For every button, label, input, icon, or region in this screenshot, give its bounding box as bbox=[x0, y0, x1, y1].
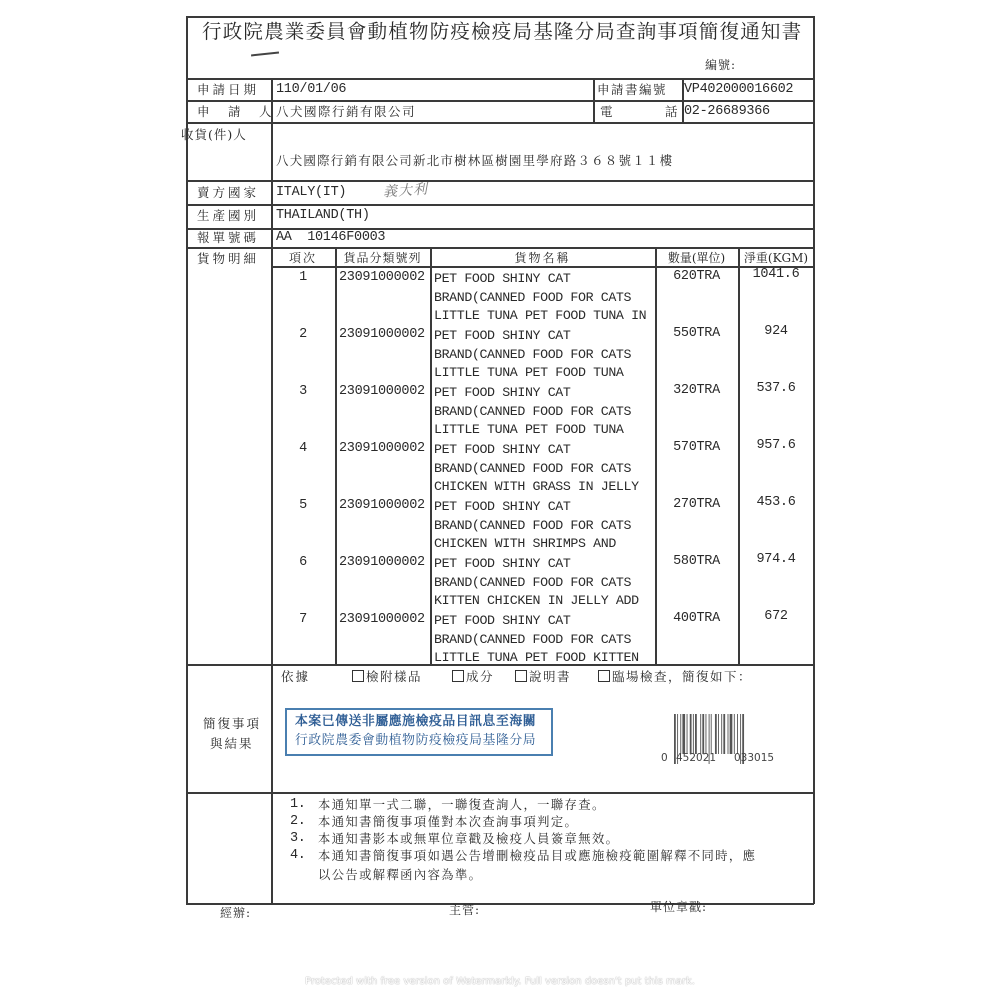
goods-col-qty: 數量(單位) bbox=[655, 250, 738, 266]
goods-name-line: PET FOOD SHINY CAT bbox=[434, 327, 570, 346]
receiver-value: 八犬國際行銷有限公司新北市樹林區樹園里學府路３６８號１１樓 bbox=[276, 153, 673, 169]
goods-col-name: 貨物名稱 bbox=[430, 250, 655, 266]
seller-country-label: 賣方國家 bbox=[197, 185, 259, 201]
goods-item-number: 5 bbox=[271, 498, 335, 514]
phone-label-right: 話 bbox=[665, 104, 678, 120]
goods-quantity: 320TRA bbox=[655, 383, 738, 399]
goods-net-weight: 672 bbox=[738, 609, 814, 625]
applicant-value: 八犬國際行銷有限公司 bbox=[276, 104, 416, 120]
goods-name-line: LITTLE TUNA PET FOOD TUNA IN bbox=[434, 307, 646, 326]
supervisor-label: 主管: bbox=[449, 902, 480, 918]
goods-quantity: 400TRA bbox=[655, 611, 738, 627]
result-label-line2: 與結果 bbox=[210, 736, 254, 752]
frame-bottom-border bbox=[186, 903, 814, 905]
checkbox-icon bbox=[452, 670, 464, 682]
checkbox-icon bbox=[352, 670, 364, 682]
row-divider bbox=[186, 78, 814, 80]
phone-label-left: 電 bbox=[600, 104, 613, 120]
applicant-label: 申 請 人 bbox=[197, 104, 275, 120]
goods-item-number: 7 bbox=[271, 612, 335, 628]
row-divider bbox=[186, 204, 814, 206]
seller-country-value: ITALY(IT) bbox=[276, 185, 346, 201]
goods-net-weight: 453.6 bbox=[738, 495, 814, 511]
goods-name-line: KITTEN CHICKEN IN JELLY ADD bbox=[434, 592, 639, 611]
goods-item-number: 3 bbox=[271, 384, 335, 400]
pen-mark bbox=[251, 52, 279, 56]
goods-name-line: PET FOOD SHINY CAT bbox=[434, 441, 570, 460]
goods-hs-code: 23091000002 bbox=[339, 384, 425, 400]
frame-right-border bbox=[813, 16, 815, 904]
goods-column-divider bbox=[335, 247, 337, 664]
goods-name-line: PET FOOD SHINY CAT bbox=[434, 498, 570, 517]
goods-net-weight: 537.6 bbox=[738, 381, 814, 397]
official-stamp: 本案已傳送非屬應施檢疫品目訊息至海關 行政院農委會動植物防疫檢疫局基隆分局 bbox=[285, 708, 553, 756]
goods-name-line: BRAND(CANNED FOOD FOR CATS bbox=[434, 289, 631, 308]
note-number: 1. bbox=[290, 797, 306, 813]
unit-stamp-label: 單位章戳: bbox=[650, 899, 707, 915]
goods-net-weight: 974.4 bbox=[738, 552, 814, 568]
goods-name-line: BRAND(CANNED FOOD FOR CATS bbox=[434, 403, 631, 422]
goods-name-line: BRAND(CANNED FOOD FOR CATS bbox=[434, 460, 631, 479]
goods-net-weight: 1041.6 bbox=[738, 267, 814, 283]
goods-net-weight: 957.6 bbox=[738, 438, 814, 454]
phone-value: 02-26689366 bbox=[684, 104, 770, 120]
goods-hs-code: 23091000002 bbox=[339, 441, 425, 457]
goods-hs-code: 23091000002 bbox=[339, 270, 425, 286]
handwritten-note: 義大利 bbox=[382, 178, 428, 201]
checkbox-label: 檢附樣品 bbox=[366, 669, 422, 684]
barcode-digits-left: 452021 bbox=[676, 752, 716, 764]
row-divider bbox=[186, 247, 814, 249]
goods-name-line: PET FOOD SHINY CAT bbox=[434, 384, 570, 403]
stamp-line2: 行政院農委會動植物防疫檢疫局基隆分局 bbox=[295, 731, 543, 750]
checkbox-sample[interactable]: 檢附樣品 bbox=[352, 669, 422, 685]
note-text: 本通知書簡復事項僅對本次查詢事項判定。 bbox=[318, 814, 578, 830]
checkbox-label: 臨場檢查，簡復如下： bbox=[612, 669, 752, 684]
basis-label: 依據 bbox=[281, 669, 310, 685]
barcode-digits-right: 033015 bbox=[734, 752, 774, 764]
apply-date-value: 110/01/06 bbox=[276, 82, 346, 98]
goods-hs-code: 23091000002 bbox=[339, 555, 425, 571]
goods-name-line: BRAND(CANNED FOOD FOR CATS bbox=[434, 574, 631, 593]
origin-country-label: 生產國別 bbox=[197, 208, 259, 224]
declaration-no-value: AA 10146F0003 bbox=[276, 230, 385, 246]
checkbox-icon bbox=[515, 670, 527, 682]
watermark-text: Protected with free version of Watermark… bbox=[0, 976, 1000, 987]
checkbox-icon bbox=[598, 670, 610, 682]
goods-column-divider bbox=[430, 247, 432, 664]
goods-name-line: PET FOOD SHINY CAT bbox=[434, 555, 570, 574]
row-divider bbox=[186, 100, 814, 102]
receiver-label: 收貨(件)人 bbox=[181, 127, 247, 143]
goods-name-line: BRAND(CANNED FOOD FOR CATS bbox=[434, 517, 631, 536]
goods-item-number: 4 bbox=[271, 441, 335, 457]
goods-item-number: 2 bbox=[271, 327, 335, 343]
note-text: 本通知書簡復事項如遇公告增刪檢疫品目或應施檢疫範圍解釋不同時，應 bbox=[318, 848, 756, 864]
checkbox-label: 說明書 bbox=[529, 669, 571, 684]
goods-net-weight: 924 bbox=[738, 324, 814, 340]
row-divider bbox=[186, 122, 814, 124]
goods-name-line: LITTLE TUNA PET FOOD TUNA bbox=[434, 421, 624, 440]
goods-header-divider bbox=[271, 266, 814, 268]
goods-hs-code: 23091000002 bbox=[339, 327, 425, 343]
handler-label: 經辦: bbox=[220, 905, 251, 921]
goods-quantity: 620TRA bbox=[655, 269, 738, 285]
note-text: 本通知單一式二聯，一聯復查詢人，一聯存查。 bbox=[318, 797, 606, 813]
checkbox-manual[interactable]: 說明書 bbox=[515, 669, 571, 685]
frame-left-border bbox=[186, 16, 188, 904]
goods-quantity: 270TRA bbox=[655, 497, 738, 513]
goods-col-item: 項次 bbox=[271, 250, 335, 266]
stamp-line1: 本案已傳送非屬應施檢疫品目訊息至海關 bbox=[295, 712, 543, 731]
note-number: 3. bbox=[290, 831, 306, 847]
goods-hs-code: 23091000002 bbox=[339, 498, 425, 514]
note-number: 4. bbox=[290, 848, 306, 864]
checkbox-ingredients[interactable]: 成分 bbox=[452, 669, 494, 685]
goods-item-number: 1 bbox=[271, 270, 335, 286]
apply-date-label: 申請日期 bbox=[197, 82, 259, 98]
goods-quantity: 550TRA bbox=[655, 326, 738, 342]
document-number-label: 編號: bbox=[705, 57, 736, 73]
goods-col-weight: 淨重(KGM) bbox=[738, 250, 814, 266]
note-number: 2. bbox=[290, 814, 306, 830]
frame-top-border bbox=[186, 16, 814, 18]
goods-name-line: LITTLE TUNA PET FOOD KITTEN bbox=[434, 649, 639, 668]
goods-col-code: 貨品分類號列 bbox=[335, 250, 430, 266]
application-no-value: VP402000016602 bbox=[684, 82, 793, 98]
goods-name-line: LITTLE TUNA PET FOOD TUNA bbox=[434, 364, 624, 383]
column-divider bbox=[593, 78, 595, 122]
row-divider bbox=[186, 180, 814, 182]
goods-item-number: 6 bbox=[271, 555, 335, 571]
result-bottom-divider bbox=[186, 792, 814, 794]
note-text-continuation: 以公告或解釋函內容為準。 bbox=[318, 867, 482, 883]
goods-column-divider bbox=[738, 247, 740, 664]
barcode-digit-lead: 0 bbox=[661, 752, 668, 764]
goods-name-line: CHICKEN WITH SHRIMPS AND bbox=[434, 535, 616, 554]
goods-hs-code: 23091000002 bbox=[339, 612, 425, 628]
note-text: 本通知書影本或無單位章戳及檢疫人員簽章無效。 bbox=[318, 831, 619, 847]
application-no-label: 申請書編號 bbox=[597, 82, 667, 98]
goods-name-line: PET FOOD SHINY CAT bbox=[434, 270, 570, 289]
goods-name-line: BRAND(CANNED FOOD FOR CATS bbox=[434, 346, 631, 365]
goods-quantity: 580TRA bbox=[655, 554, 738, 570]
origin-country-value: THAILAND(TH) bbox=[276, 208, 370, 224]
goods-name-line: BRAND(CANNED FOOD FOR CATS bbox=[434, 631, 631, 650]
goods-name-line: PET FOOD SHINY CAT bbox=[434, 612, 570, 631]
checkbox-label: 成分 bbox=[466, 669, 494, 684]
goods-name-line: CHICKEN WITH GRASS IN JELLY bbox=[434, 478, 639, 497]
label-column-divider bbox=[271, 78, 273, 904]
checkbox-onsite-inspection[interactable]: 臨場檢查，簡復如下： bbox=[598, 669, 752, 685]
declaration-no-label: 報單號碼 bbox=[197, 230, 259, 246]
goods-quantity: 570TRA bbox=[655, 440, 738, 456]
goods-section-label: 貨物明細 bbox=[197, 251, 259, 267]
document-title: 行政院農業委員會動植物防疫檢疫局基隆分局查詢事項簡復通知書 bbox=[202, 20, 802, 44]
result-label-line1: 簡復事項 bbox=[203, 716, 261, 732]
